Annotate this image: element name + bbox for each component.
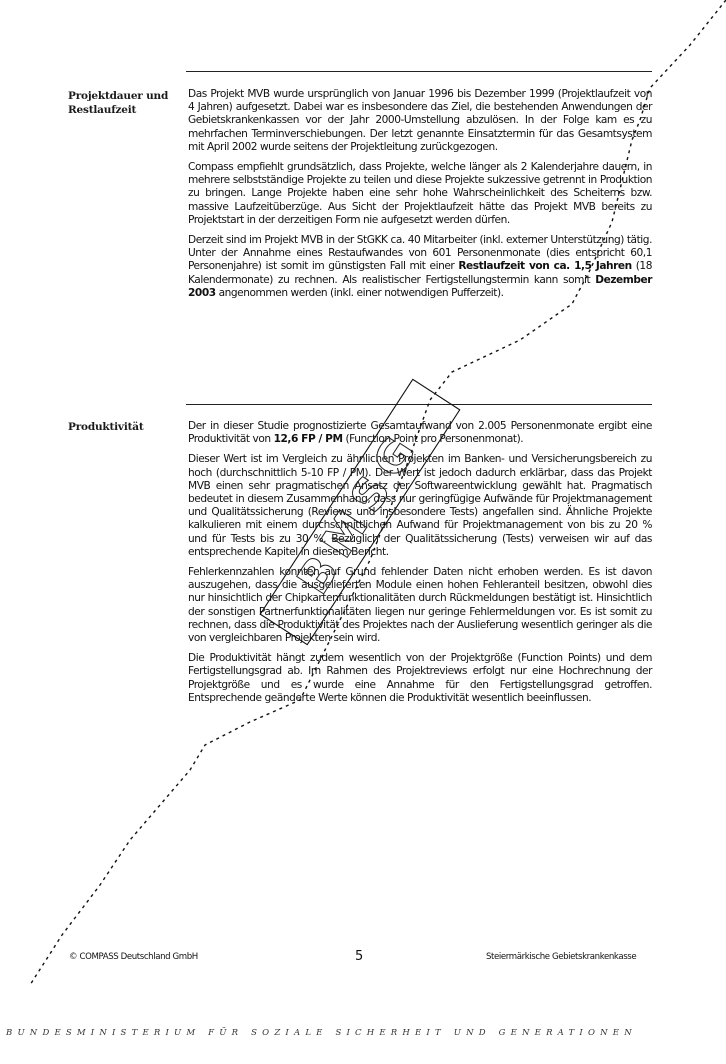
paragraph: Derzeit sind im Projekt MVB in der StGKK…	[188, 234, 652, 300]
document-page: Projektdauer und Restlaufzeit Das Projek…	[0, 0, 726, 1064]
section-divider-top	[186, 71, 652, 72]
paragraph: Compass empfiehlt grundsätzlich, dass Pr…	[188, 161, 652, 227]
section-label-line: Restlaufzeit	[68, 104, 178, 118]
paragraph: Das Projekt MVB wurde ursprünglich von J…	[188, 88, 652, 154]
paragraph: Die Produktivität hängt zudem wesentlich…	[188, 652, 652, 705]
section-label-produktivitaet: Produktivität	[68, 421, 178, 435]
paragraph: Der in dieser Studie prognostizierte Ges…	[188, 420, 652, 446]
section-label-line: Projektdauer und	[68, 90, 178, 104]
paragraph: Fehlerkennzahlen konnten auf Grund fehle…	[188, 566, 652, 645]
section-divider	[186, 404, 652, 405]
footer-client: Steiermärkische Gebietskrankenkasse	[486, 952, 636, 962]
section-body-produktivitaet: Der in dieser Studie prognostizierte Ges…	[188, 420, 652, 712]
section-label-projektdauer: Projektdauer und Restlaufzeit	[68, 90, 178, 117]
footer-copyright: © COMPASS Deutschland GmbH	[69, 952, 198, 962]
section-body-projektdauer: Das Projekt MVB wurde ursprünglich von J…	[188, 88, 652, 307]
paragraph: Dieser Wert ist im Vergleich zu ähnliche…	[188, 453, 652, 559]
page-number: 5	[355, 949, 363, 964]
ministry-banner: BUNDESMINISTERIUM FÜR SOZIALE SICHERHEIT…	[6, 1028, 726, 1038]
